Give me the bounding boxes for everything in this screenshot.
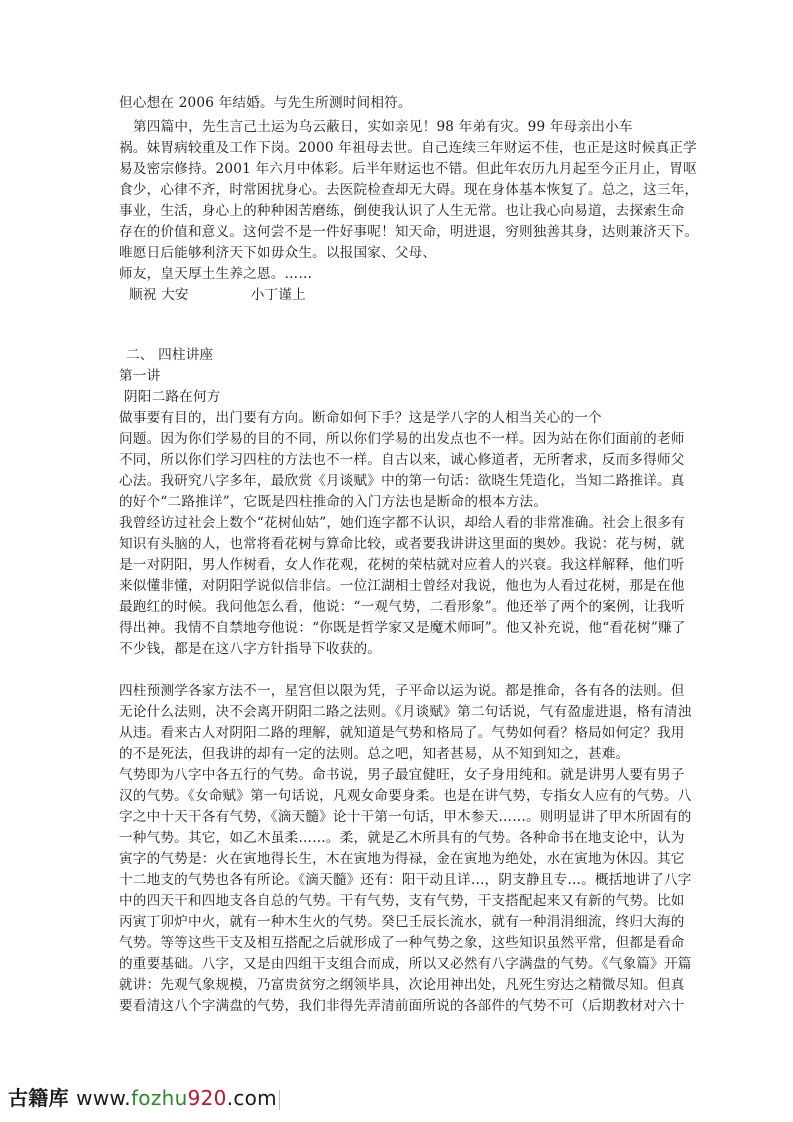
section-heading: 二、 四柱讲座 bbox=[119, 345, 689, 366]
body-line: 四柱预测学各家方法不一，星宫但以限为凭，子平命以运为说。都是推命，各有各的法则。… bbox=[119, 681, 689, 702]
letter-line: 存在的价值和意义。这何尝不是一件好事呢！知天命，明进退，穷则独善其身，达则兼济天… bbox=[119, 222, 689, 243]
site-watermark: 古籍库 www.fozhu920.com bbox=[8, 1085, 280, 1111]
body-line: 丙寅丁卯炉中火，就有一种木生火的气势。癸巳壬辰长流水，就有一种涓涓细流，终归大海… bbox=[119, 912, 689, 933]
body-line: 十二地支的气势也各有所论。《滴天髓》还有：阳干动且详…，阴支静且专…。概括地讲了… bbox=[119, 870, 689, 891]
body-line: 一种气势。其它，如乙木虽柔……。柔，就是乙木所具有的气势。各种命书在地支论中，认… bbox=[119, 828, 689, 849]
paragraph-3: 四柱预测学各家方法不一，星宫但以限为凭，子平命以运为说。都是推命，各有各的法则。… bbox=[119, 681, 689, 765]
body-line: 问题。因为你们学易的目的不同，所以你们学易的出发点也不一样。因为站在你们面前的老… bbox=[119, 429, 689, 450]
watermark-url: www.fozhu920.com bbox=[76, 1086, 277, 1110]
paragraph-1: 做事要有目的，出门要有方向。断命如何下手？这是学八字的人相当关心的一个 问题。因… bbox=[119, 408, 689, 513]
body-line: 做事要有目的，出门要有方向。断命如何下手？这是学八字的人相当关心的一个 bbox=[119, 408, 689, 429]
signoff-greeting: 顺祝 大安 bbox=[129, 287, 189, 303]
section-header: 二、 四柱讲座 第一讲 阴阳二路在何方 bbox=[119, 345, 689, 408]
body-line: 不少钱，都是在这八字方针指导下收获的。 bbox=[119, 639, 689, 660]
letter-line: 但心想在 2006 年结婚。与先生所测时间相符。 bbox=[119, 93, 689, 114]
body-line: 寅字的气势是：火在寅地得长生，木在寅地为得禄，金在寅地为绝处，水在寅地为休囚。其… bbox=[119, 849, 689, 870]
document-page: 但心想在 2006 年结婚。与先生所测时间相符。 第四篇中，先生言己土运为乌云蔽… bbox=[0, 0, 793, 1122]
letter-line: 祸。妹胃病较重及工作下岗。2000 年祖母去世。自己连续三年财运不佳，也正是这时… bbox=[119, 138, 689, 159]
letter-line: 师友，皇天厚土生养之恩。…… bbox=[119, 264, 689, 285]
body-line: 知识有头脑的人，也常将看花树与算命比较，或者要我讲讲这里面的奥妙。我说：花与树，… bbox=[119, 534, 689, 555]
body-line: 来似懂非懂，对阴阳学说似信非信。一位江湖相士曾经对我说，他也为人看过花树，那是在… bbox=[119, 576, 689, 597]
body-line: 得出神。我情不自禁地夸他说：“你既是哲学家又是魔术师呵”。他又补充说，他“看花树… bbox=[119, 618, 689, 639]
lecture-subtitle: 阴阳二路在何方 bbox=[119, 387, 689, 408]
text-cursor-mark bbox=[279, 1090, 280, 1110]
body-line: 的好个“二路推详”，它既是四柱推命的入门方法也是断命的根本方法。 bbox=[119, 492, 689, 513]
watermark-www: www. bbox=[76, 1086, 131, 1110]
letter-section: 但心想在 2006 年结婚。与先生所测时间相符。 第四篇中，先生言己土运为乌云蔽… bbox=[119, 93, 689, 306]
letter-line: 事业，生活，身心上的种种困苦磨练，倒使我认识了人生无常。也让我心向易道，去探索生… bbox=[119, 201, 689, 222]
lecture-title: 第一讲 bbox=[119, 366, 689, 387]
letter-line: 易及密宗修持。2001 年六月中体彩。后半年财运也不错。但此年农历九月起至今正月… bbox=[119, 159, 689, 180]
watermark-brand: 古籍库 bbox=[8, 1086, 69, 1110]
letter-line: 唯愿日后能够利济天下如毋众生。以报国家、父母、 bbox=[119, 243, 689, 264]
letter-line: 食少，心律不齐，时常困扰身心。去医院检查却无大碍。现在身体基本恢复了。总之，这三… bbox=[119, 180, 689, 201]
body-line: 最跑红的时候。我问他怎么看，他说：“一观气势，二看形象”。他还举了两个的案例，让… bbox=[119, 597, 689, 618]
watermark-fozhu: fozhu bbox=[131, 1086, 188, 1110]
body-line: 要看清这八个字满盘的气势，我们非得先弄清前面所说的各部件的气势不可（后期教材对六… bbox=[119, 996, 689, 1017]
paragraph-2: 我曾经访过社会上数个“花树仙姑”，她们连字都不认识，却给人看的非常准确。社会上很… bbox=[119, 513, 689, 660]
body-line: 心法。我研究八字多年，最欣赏《月谈赋》中的第一句话：欲晓生凭造化，当知二路推详。… bbox=[119, 471, 689, 492]
body-line: 从违。看来古人对阴阳二路的理解，就知道是气势和格局了。气势如何看？格局如何定？我… bbox=[119, 723, 689, 744]
body-line: 无论什么法则，决不会离开阴阳二路之法则。《月谈赋》第二句话说，气有盈虚进退，格有… bbox=[119, 702, 689, 723]
body-line: 的重要基础。八字，又是由四组干支组合而成，所以又必然有八字满盘的气势。《气象篇》… bbox=[119, 954, 689, 975]
watermark-com: .com bbox=[227, 1086, 277, 1110]
body-line: 中的四天干和四地支各自总的气势。干有气势，支有气势，干支搭配起来又有新的气势。比… bbox=[119, 891, 689, 912]
body-line: 不同，所以你们学习四柱的方法也不一样。自古以来，诚心修道者，无所奢求，反而多得师… bbox=[119, 450, 689, 471]
paragraph-spacer bbox=[119, 660, 689, 681]
body-line: 字之中十天干各有气势，《滴天髓》论十干第一句话，甲木参天……。则明显讲了甲木所固… bbox=[119, 807, 689, 828]
signoff-signature: 小丁谨上 bbox=[251, 287, 306, 303]
letter-signoff: 顺祝 大安小丁谨上 bbox=[119, 285, 689, 306]
letter-line: 第四篇中，先生言己土运为乌云蔽日，实如亲见！98 年弟有灾。99 年母亲出小车 bbox=[119, 117, 689, 138]
body-line: 气势。等等这些干支及相互搭配之后就形成了一种气势之象，这些知识虽然平常，但都是看… bbox=[119, 933, 689, 954]
lecture-body: 做事要有目的，出门要有方向。断命如何下手？这是学八字的人相当关心的一个 问题。因… bbox=[119, 408, 689, 1017]
body-line: 气势即为八字中各五行的气势。命书说，男子最宜健旺，女子身用纯和。就是讲男人要有男… bbox=[119, 765, 689, 786]
body-line: 是一对阴阳，男人作树看，女人作花观，花树的荣枯就对应着人的兴衰。我这样解释，他们… bbox=[119, 555, 689, 576]
body-line: 汉的气势。《女命赋》第一句话说，凡观女命要身柔。也是在讲气势，专指女人应有的气势… bbox=[119, 786, 689, 807]
paragraph-4: 气势即为八字中各五行的气势。命书说，男子最宜健旺，女子身用纯和。就是讲男人要有男… bbox=[119, 765, 689, 1017]
watermark-920: 920 bbox=[188, 1086, 227, 1110]
body-line: 就讲：先观气象规模，乃富贵贫穷之纲领毕具，次论用神出处，凡死生穷达之精微尽知。但… bbox=[119, 975, 689, 996]
body-line: 我曾经访过社会上数个“花树仙姑”，她们连字都不认识，却给人看的非常准确。社会上很… bbox=[119, 513, 689, 534]
body-line: 的不是死法，但我讲的却有一定的法则。总之吧，知者甚易，从不知到知之，甚难。 bbox=[119, 744, 689, 765]
